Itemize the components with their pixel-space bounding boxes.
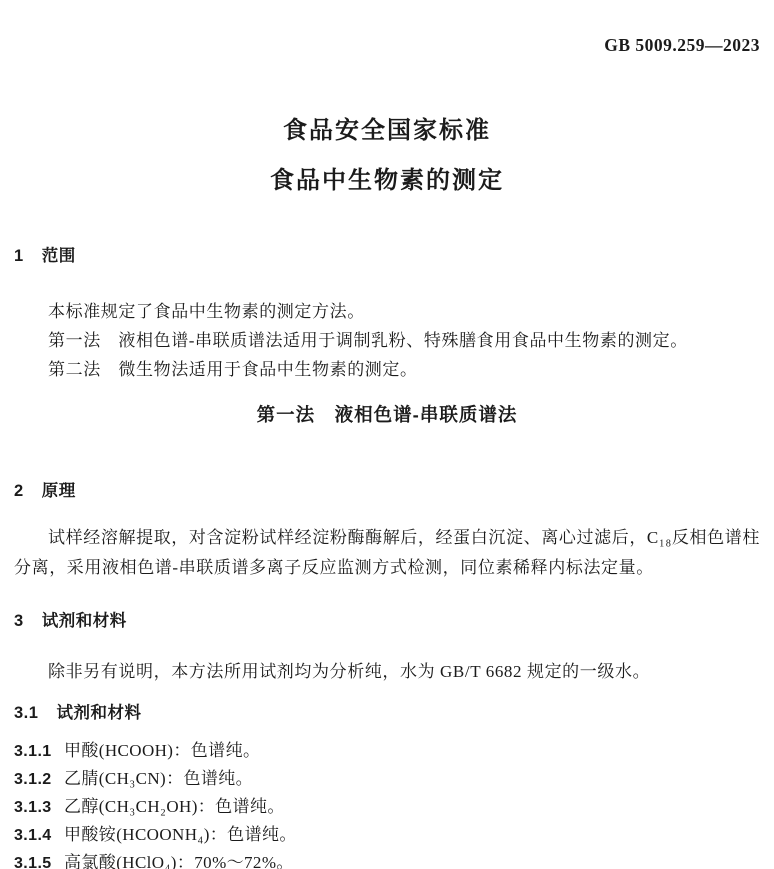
standard-document-page: GB 5009.259—2023 食品安全国家标准 食品中生物素的测定 1范围 … <box>0 0 774 869</box>
scope-paragraph-1: 本标准规定了食品中生物素的测定方法。 <box>14 297 760 326</box>
reagent-item-text: 高氯酸(HClO₄)：70%～72%。 <box>64 853 294 869</box>
section-3-heading: 3试剂和材料 <box>14 610 760 632</box>
reagent-item-number: 3.1.4 <box>14 822 64 849</box>
section-2-number: 2 <box>14 482 24 500</box>
reagent-item-text: 乙腈(CH₃CN)：色谱纯。 <box>64 769 253 788</box>
reagent-item-number: 3.1.1 <box>14 738 64 765</box>
section-3-1-number: 3.1 <box>14 704 38 722</box>
section-1-title: 范围 <box>42 247 76 265</box>
reagent-items-list: 3.1.1甲酸(HCOOH)：色谱纯。 3.1.2乙腈(CH₃CN)：色谱纯。 … <box>14 737 760 869</box>
reagent-item: 3.1.3乙醇(CH₃CH₂OH)：色谱纯。 <box>14 793 760 821</box>
scope-paragraph-2: 第一法 液相色谱-串联质谱法适用于调制乳粉、特殊膳食用食品中生物素的测定。 <box>14 326 760 355</box>
section-3-number: 3 <box>14 612 24 630</box>
reagent-item-text: 甲酸(HCOOH)：色谱纯。 <box>64 741 260 760</box>
principle-paragraph: 试样经溶解提取，对含淀粉试样经淀粉酶酶解后，经蛋白沉淀、离心过滤后，C₁₈反相色… <box>14 523 760 583</box>
reagent-item: 3.1.1甲酸(HCOOH)：色谱纯。 <box>14 737 760 765</box>
reagents-intro-paragraph: 除非另有说明，本方法所用试剂均为分析纯，水为 GB/T 6682 规定的一级水。 <box>14 657 760 686</box>
reagent-item-number: 3.1.2 <box>14 766 64 793</box>
reagent-item: 3.1.5高氯酸(HClO₄)：70%～72%。 <box>14 849 760 869</box>
section-2-title: 原理 <box>42 482 76 500</box>
standard-number: GB 5009.259—2023 <box>14 34 760 56</box>
reagent-item-text: 甲酸铵(HCOONH₄)：色谱纯。 <box>64 825 297 844</box>
section-1-number: 1 <box>14 247 24 265</box>
section-3-1-title: 试剂和材料 <box>56 704 141 722</box>
section-3-title: 试剂和材料 <box>42 612 127 630</box>
section-2-heading: 2原理 <box>14 480 760 502</box>
reagent-item: 3.1.4甲酸铵(HCOONH₄)：色谱纯。 <box>14 821 760 849</box>
reagent-item-number: 3.1.5 <box>14 850 64 869</box>
section-3-1-heading: 3.1试剂和材料 <box>14 702 760 724</box>
reagent-item: 3.1.2乙腈(CH₃CN)：色谱纯。 <box>14 765 760 793</box>
document-title-line2: 食品中生物素的测定 <box>14 166 760 196</box>
document-title-line1: 食品安全国家标准 <box>14 116 760 146</box>
scope-paragraph-3: 第二法 微生物法适用于食品中生物素的测定。 <box>14 355 760 384</box>
reagent-item-number: 3.1.3 <box>14 794 64 821</box>
section-1-heading: 1范围 <box>14 245 760 267</box>
method-1-heading: 第一法 液相色谱-串联质谱法 <box>14 402 760 427</box>
reagent-item-text: 乙醇(CH₃CH₂OH)：色谱纯。 <box>64 797 285 816</box>
